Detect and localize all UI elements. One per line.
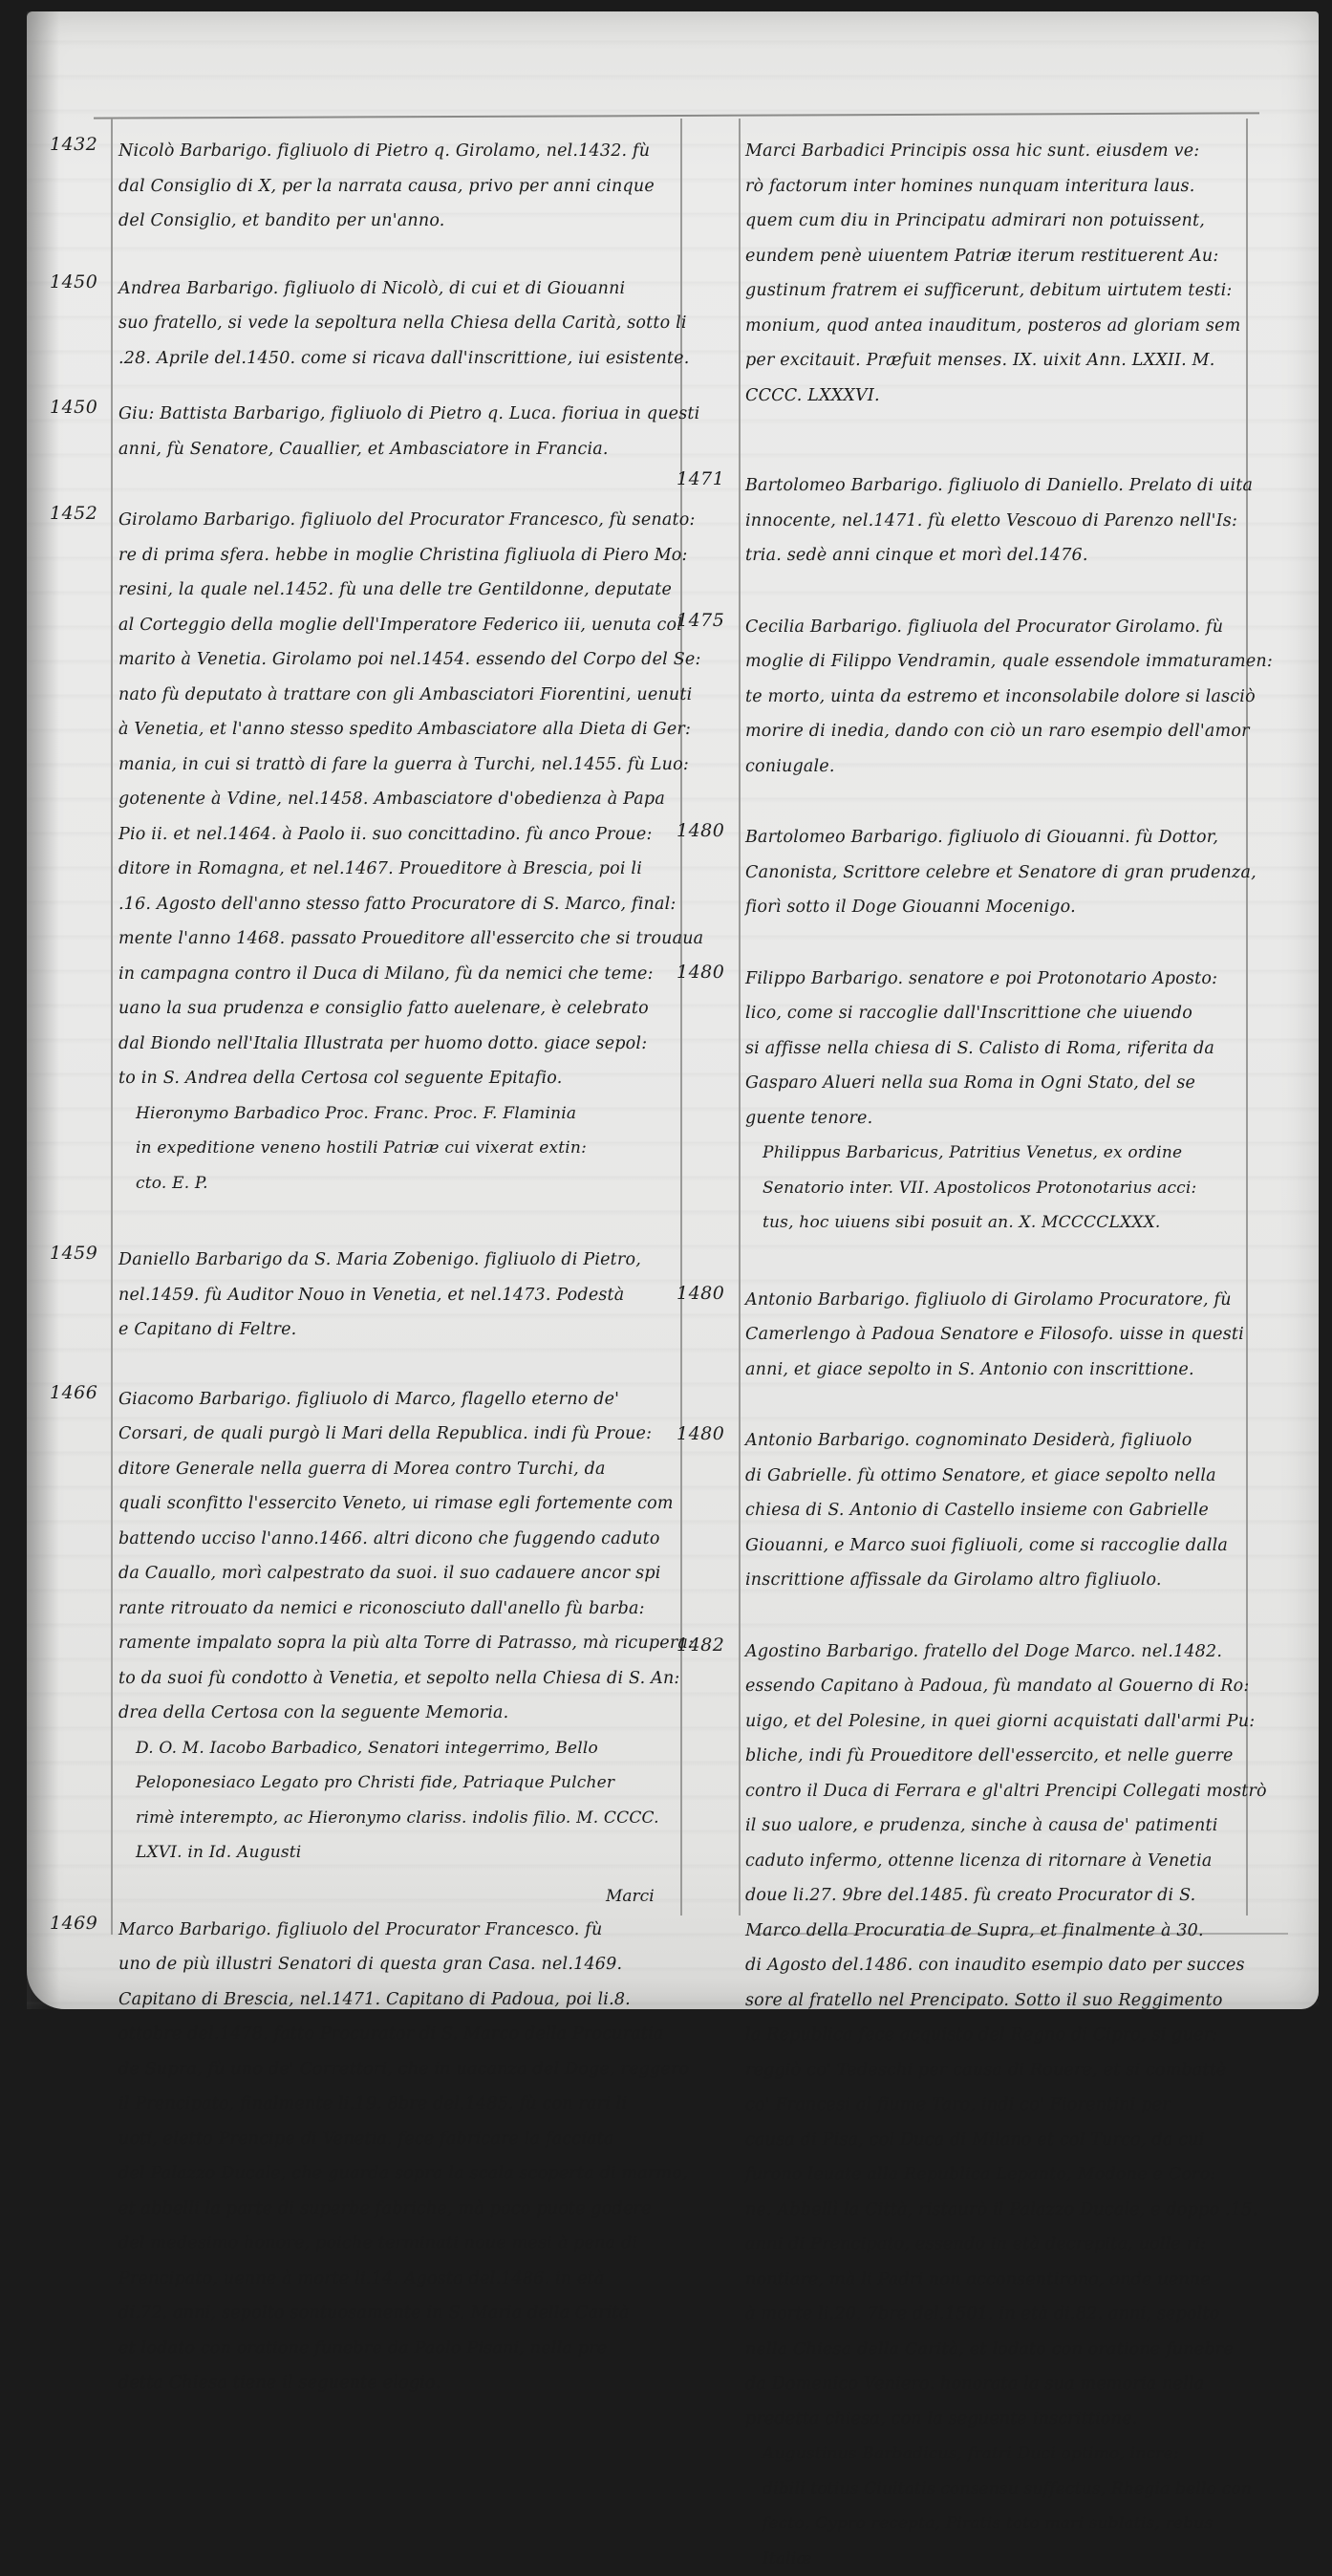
entry-text-line: Filippo Barbarigo. senatore e poi Proton… <box>745 962 1242 997</box>
epitaph-inscription: Hieronymo Barbadico Proc. Franc. Proc. F… <box>118 1096 682 1201</box>
entry-text-line: Capitano di Brescia, nel.1471. Capitano … <box>118 1982 682 2018</box>
entry-text-line: .16. Agosto dell'anno stesso fatto Procu… <box>118 887 682 922</box>
entry-text-line: da Cauallo, morì calpestrato da suoi. il… <box>118 1556 682 1591</box>
right-margin-rule <box>739 119 741 1916</box>
left-margin-rule <box>111 119 113 1935</box>
entry-text-line: uano la sua prudenza e consiglio fatto a… <box>118 991 682 1027</box>
entry-text-line: ottobre del.1478. fatto Procurator di S.… <box>118 2017 682 2021</box>
entry-year: 1475 <box>677 610 724 631</box>
entry-text-line: moglie di Filippo Vendramin, quale essen… <box>745 644 1242 680</box>
entry-text-line: quali sconfitto l'essercito Veneto, ui r… <box>118 1486 682 1522</box>
epitaph-inscription: Philippus Barbaricus, Patritius Venetus,… <box>745 1136 1242 1241</box>
entry-text-line: anni, et giace sepolto in S. Antonio con… <box>745 1353 1242 1388</box>
entry-year: 1480 <box>677 1423 724 1444</box>
genealogy-entry: 1469Marco Barbarigo. figliuolo del Procu… <box>118 1913 682 2022</box>
entry-text-line: dal Consiglio di X, per la narrata causa… <box>118 169 682 205</box>
genealogy-entry: 1450Giu: Battista Barbarigo, figliuolo d… <box>118 397 682 466</box>
entry-text-line: morire di inedia, dando con ciò un raro … <box>745 714 1242 749</box>
entry-text-line: coniugale. <box>745 749 1242 785</box>
entry-text-line: essendo Capitano à Padoua, fù mandato al… <box>745 1669 1242 1704</box>
entry-text-line: drea della Certosa con la seguente Memor… <box>118 1696 682 1731</box>
entry-text-line: Bartolomeo Barbarigo. figliuolo di Gioua… <box>745 820 1242 855</box>
epitaph-line: Senatorio inter. VII. Apostolicos Proton… <box>745 1171 1242 1206</box>
entry-text-line: Gasparo Alueri nella sua Roma in Ogni St… <box>745 1066 1242 1101</box>
entry-text-line: di Gabrielle. fù ottimo Senatore, et gia… <box>745 1459 1242 1494</box>
entry-text-line: si affisse nella chiesa di S. Calisto di… <box>745 1031 1242 1067</box>
entry-text-line: sore al fratello nel Prencipato. Sotto i… <box>745 1983 1242 2019</box>
entry-text-line: del Consiglio, et bandito per un'anno. <box>118 204 682 239</box>
epitaph-line: monium, quod antea inauditum, posteros a… <box>745 309 1242 344</box>
entry-text-line: uigo, et del Polesine, in quei giorni ac… <box>745 1704 1242 1740</box>
epitaph-inscription: D. O. M. Iacobo Barbadico, Senatori inte… <box>118 1731 682 1871</box>
entry-text-line: Corsari, de quali purgò li Mari della Re… <box>118 1417 682 1452</box>
entry-text-line: chiesa di S. Antonio di Castello insieme… <box>745 1493 1242 1528</box>
entry-text-line: anni, fù Senatore, Cauallier, et Ambasci… <box>118 432 682 467</box>
entry-text-line: Canonista, Scrittore celebre et Senatore… <box>745 855 1242 891</box>
entry-year: 1452 <box>50 503 97 524</box>
entry-text-line: lico, come si raccoglie dall'Inscrittion… <box>745 996 1242 1031</box>
entry-year: 1469 <box>50 1913 97 1934</box>
entry-text-line: gotenente à Vdine, nel.1458. Ambasciator… <box>118 782 682 817</box>
entry-text-line: Cecilia Barbarigo. figliuola del Procura… <box>745 610 1242 645</box>
entry-text-line: uno de più illustri Senatori di questa g… <box>118 1947 682 1982</box>
entry-text-line: à Venetia, et l'anno stesso spedito Amba… <box>118 712 682 747</box>
epitaph-line: cto. E. P. <box>118 1166 682 1201</box>
entry-year: 1471 <box>677 468 724 489</box>
right-column: Marci Barbadici Principis ossa hic sunt.… <box>745 134 1242 2021</box>
genealogy-entry: 1480Antonio Barbarigo. cognominato Desid… <box>745 1423 1242 1598</box>
entry-year: 1480 <box>677 820 724 841</box>
manuscript-page: 1432Nicolò Barbarigo. figliuolo di Pietr… <box>27 11 1319 2009</box>
genealogy-entry: 1480Bartolomeo Barbarigo. figliuolo di G… <box>745 820 1242 925</box>
epitaph-line: gustinum fratrem ei sufficerunt, debitum… <box>745 273 1242 309</box>
entry-text-line: in campagna contro il Duca di Milano, fù… <box>118 957 682 992</box>
entry-text-line: e Capitano di Feltre. <box>118 1312 682 1348</box>
entry-text-line: Marco Barbarigo. figliuolo del Procurato… <box>118 1913 682 1948</box>
genealogy-entry: 1459Daniello Barbarigo da S. Maria Zoben… <box>118 1243 682 1348</box>
entry-text-line: caduto infermo, ottenne licenza di ritor… <box>745 1844 1242 1879</box>
entry-text-line: marito à Venetia. Girolamo poi nel.1454.… <box>118 642 682 678</box>
entry-text-line: ditore Generale nella guerra di Morea co… <box>118 1452 682 1487</box>
entry-text-line: ditore in Romagna, et nel.1467. Prouedit… <box>118 852 682 887</box>
epitaph-line: quem cum diu in Principatu admirari non … <box>745 204 1242 239</box>
entry-text-line: nato fù deputato à trattare con gli Amba… <box>118 678 682 713</box>
top-rule <box>94 112 1259 119</box>
entry-year: 1432 <box>50 134 97 155</box>
entry-text-line: dal Biondo nell'Italia Illustrata per hu… <box>118 1027 682 1062</box>
epitaph-line: per excitauit. Præfuit menses. IX. uixit… <box>745 343 1242 379</box>
entry-text-line: il suo ualore, e prudenza, sinche à caus… <box>745 1808 1242 1844</box>
entry-text-line: Giu: Battista Barbarigo, figliuolo di Pi… <box>118 397 682 432</box>
genealogy-entry: 1482Agostino Barbarigo. fratello del Dog… <box>745 1634 1242 2022</box>
entry-text-line: Giacomo Barbarigo. figliuolo di Marco, f… <box>118 1382 682 1418</box>
genealogy-entry: 1480Antonio Barbarigo. figliuolo di Giro… <box>745 1283 1242 1388</box>
entry-text-line: Camerlengo à Padoua Senatore e Filosofo.… <box>745 1317 1242 1353</box>
entry-text-line: Bartolomeo Barbarigo. figliuolo di Danie… <box>745 468 1242 504</box>
entry-text-line: battendo ucciso l'anno.1466. altri dicon… <box>118 1522 682 1557</box>
genealogy-entry: 1475Cecilia Barbarigo. figliuola del Pro… <box>745 610 1242 785</box>
entry-text-line: Girolamo Barbarigo. figliuolo del Procur… <box>118 503 682 538</box>
entry-text-line: mente l'anno 1468. passato Proueditore a… <box>118 921 682 957</box>
genealogy-entry: 1466Giacomo Barbarigo. figliuolo di Marc… <box>118 1382 682 1871</box>
epitaph-line: tus, hoc uiuens sibi posuit an. X. MCCCC… <box>745 1205 1242 1241</box>
epitaph-line: LXVI. in Id. Augusti <box>118 1835 682 1871</box>
entry-text-line: tria. sedè anni cinque et morì del.1476. <box>745 538 1242 574</box>
entry-year: 1450 <box>50 271 97 292</box>
entry-text-line: Antonio Barbarigo. figliuolo di Girolamo… <box>745 1283 1242 1318</box>
entry-text-line: Andrea Barbarigo. figliuolo di Nicolò, d… <box>118 271 682 307</box>
entry-text-line: resini, la quale nel.1452. fù una delle … <box>118 573 682 608</box>
epitaph-line: Philippus Barbaricus, Patritius Venetus,… <box>745 1136 1242 1171</box>
outer-right-rule <box>1246 119 1248 1916</box>
epitaph-line: in expeditione veneno hostili Patriæ cui… <box>118 1131 682 1166</box>
catchword: Marci <box>606 1887 655 1906</box>
entry-text-line: inscrittione affissale da Girolamo altro… <box>745 1563 1242 1598</box>
entry-text-line: Giouanni, e Marco suoi figliuoli, come s… <box>745 1528 1242 1564</box>
entry-year: 1450 <box>50 397 97 418</box>
entry-text-line: Pio ii. et nel.1464. à Paolo ii. suo con… <box>118 817 682 853</box>
entry-text-line: nel.1459. fù Auditor Nouo in Venetia, et… <box>118 1278 682 1313</box>
epitaph-line: CCCC. LXXXVI. <box>745 379 1242 414</box>
entry-text-line: Antonio Barbarigo. cognominato Desiderà,… <box>745 1423 1242 1459</box>
entry-text-line: re di prima sfera. hebbe in moglie Chris… <box>118 538 682 574</box>
epitaph-line: Peloponesiaco Legato pro Christi fide, P… <box>118 1765 682 1801</box>
epitaph-line: rò factorum inter homines nunquam interi… <box>745 169 1242 205</box>
entry-text-line: te morto, uinta da estremo et inconsolab… <box>745 680 1242 715</box>
entry-text-line: .28. Aprile del.1450. come si ricava dal… <box>118 341 682 377</box>
left-column: 1432Nicolò Barbarigo. figliuolo di Pietr… <box>118 134 682 2021</box>
entry-text-line: to in S. Andrea della Certosa col seguen… <box>118 1061 682 1096</box>
entry-text-line: suo fratello, si vede la sepoltura nella… <box>118 306 682 341</box>
entry-text-line: Daniello Barbarigo da S. Maria Zobenigo.… <box>118 1243 682 1278</box>
genealogy-entry: 1480Filippo Barbarigo. senatore e poi Pr… <box>745 962 1242 1241</box>
epitaph-line: Marci Barbadici Principis ossa hic sunt.… <box>745 134 1242 169</box>
genealogy-entry: 1432Nicolò Barbarigo. figliuolo di Pietr… <box>118 134 682 239</box>
genealogy-entry: 1452Girolamo Barbarigo. figliuolo del Pr… <box>118 503 682 1201</box>
entry-text-line: al Corteggio della moglie dell'Imperator… <box>118 608 682 643</box>
entry-year: 1466 <box>50 1382 97 1403</box>
entry-text-line: bliche, indi fù Proueditore dell'esserci… <box>745 1739 1242 1774</box>
entry-text-line: guente tenore. <box>745 1101 1242 1136</box>
entry-year: 1480 <box>677 962 724 983</box>
entry-text-line: di Agosto del.1486. con inaudito esempio… <box>745 1948 1242 1983</box>
entry-year: 1482 <box>677 1634 724 1656</box>
entry-text-line: mania, in cui si trattò di fare la guerr… <box>118 747 682 783</box>
entry-text-line: doue li.27. 9bre del.1485. fù creato Pro… <box>745 1878 1242 1914</box>
genealogy-entry: 1471Bartolomeo Barbarigo. figliuolo di D… <box>745 468 1242 574</box>
entry-text-line: innocente, nel.1471. fù eletto Vescouo d… <box>745 504 1242 539</box>
epitaph-line: Hieronymo Barbadico Proc. Franc. Proc. F… <box>118 1096 682 1132</box>
genealogy-entry: 1450Andrea Barbarigo. figliuolo di Nicol… <box>118 271 682 377</box>
entry-text-line: rante ritrouato da nemici e riconosciuto… <box>118 1591 682 1627</box>
epitaph-line: eundem penè uiuentem Patriæ iterum resti… <box>745 239 1242 274</box>
entry-text-line: Nicolò Barbarigo. figliuolo di Pietro q.… <box>118 134 682 169</box>
entry-year: 1480 <box>677 1283 724 1304</box>
epitaph-line: rimè interempto, ac Hieronymo clariss. i… <box>118 1801 682 1836</box>
continued-epitaph: Marci Barbadici Principis ossa hic sunt.… <box>745 134 1242 413</box>
entry-year: 1459 <box>50 1243 97 1264</box>
entry-text-line: Agostino Barbarigo. fratello del Doge Ma… <box>745 1634 1242 1670</box>
entry-text-line: to da suoi fù condotto à Venetia, et sep… <box>118 1661 682 1697</box>
entry-text-line: Marco della Procuratia de Supra, et fina… <box>745 1914 1242 1949</box>
entry-text-line: ramente impalato sopra la più alta Torre… <box>118 1626 682 1661</box>
epitaph-line: D. O. M. Iacobo Barbadico, Senatori inte… <box>118 1731 682 1766</box>
entry-text-line: fiorì sotto il Doge Giouanni Mocenigo. <box>745 890 1242 925</box>
entry-text-line: contro il Duca di Ferrara e gl'altri Pre… <box>745 1774 1242 1809</box>
